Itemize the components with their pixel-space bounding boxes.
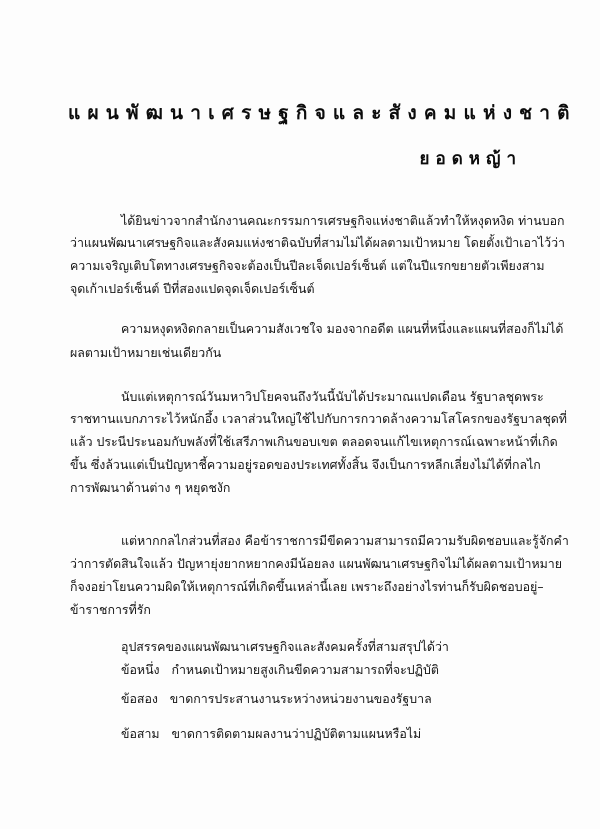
paragraph-1-line-2: ว่าแผนพัฒนาเศรษฐกิจและสังคมแห่งชาติฉบับท…: [70, 235, 566, 251]
paragraph-1-line-4: จุดเก้าเปอร์เซ็นต์ ปีที่สองแปดจุดเจ็ดเปอ…: [70, 281, 315, 297]
obstacle-text: ขาดการประสานงานระหว่างหน่วยงานของรัฐบาล: [170, 691, 432, 706]
scanned-page: แผนพัฒนาเศรษฐกิจและสังคมแห่งชาติ ยอดหญ้า…: [0, 0, 600, 829]
paragraph-3-line-3: แล้ว ประนีประนอมกับพลังที่ใช้เสรีภาพเกิน…: [70, 434, 558, 450]
paragraph-1-line-1: ได้ยินข่าวจากสำนักงานคณะกรรมการเศรษฐกิจแ…: [121, 213, 566, 229]
obstacle-label: ข้อหนึ่ง: [121, 662, 160, 677]
obstacle-item-1: ข้อหนึ่ง กำหนดเป้าหมายสูงเกินขีดความสามา…: [121, 662, 439, 678]
paragraph-3-line-5: การพัฒนาด้านต่าง ๆ หยุดชงัก: [70, 480, 230, 496]
obstacle-item-2: ข้อสอง ขาดการประสานงานระหว่างหน่วยงานของ…: [121, 691, 432, 707]
paragraph-4-line-4: ข้าราชการที่รัก: [70, 602, 151, 618]
obstacle-label: ข้อสาม: [121, 726, 160, 741]
paragraph-2-line-1: ความหงุดหงิดกลายเป็นความสังเวชใจ มองจากอ…: [121, 321, 563, 337]
paragraph-3-line-1: นับแต่เหตุการณ์วันมหาวิปโยคจนถึงวันนี้นั…: [121, 389, 544, 405]
paragraph-3-line-4: ขึ้น ซึ่งล้วนแต่เป็นปัญหาชี้ความอยู่รอดข…: [70, 457, 541, 473]
paragraph-3-line-2: ราชทานแบกภาระไว้หนักอึ้ง เวลาส่วนใหญ่ใช้…: [70, 411, 567, 427]
author-name: ยอดหญ้า: [420, 145, 522, 172]
obstacle-text: กำหนดเป้าหมายสูงเกินขีดความสามารถที่จะปฏ…: [171, 662, 438, 677]
obstacle-text: ขาดการติดตามผลงานว่าปฏิบัติตามแผนหรือไม่: [171, 726, 421, 741]
paragraph-4-line-3: ก็จงอย่าโยนความผิดให้เหตุการณ์ที่เกิดขึ้…: [70, 579, 544, 595]
paragraph-4-line-1: แต่หากกลไกส่วนที่สอง คือข้าราชการมีขีดคว…: [121, 533, 569, 549]
obstacles-intro: อุปสรรคของแผนพัฒนาเศรษฐกิจและสังคมครั้งท…: [121, 639, 449, 655]
obstacle-label: ข้อสอง: [121, 691, 158, 706]
obstacle-item-3: ข้อสาม ขาดการติดตามผลงานว่าปฏิบัติตามแผน…: [121, 726, 421, 742]
paragraph-1-line-3: ความเจริญเติบโตทางเศรษฐกิจจะต้องเป็นปีละ…: [70, 258, 566, 274]
document-title: แผนพัฒนาเศรษฐกิจและสังคมแห่งชาติ: [68, 98, 548, 128]
paragraph-2-line-2: ผลตามเป้าหมายเช่นเดียวกัน: [70, 345, 221, 361]
paragraph-4-line-2: ว่าการตัดสินใจแล้ว ปัญหายุ่งยากหยากคงมีน…: [70, 556, 562, 572]
